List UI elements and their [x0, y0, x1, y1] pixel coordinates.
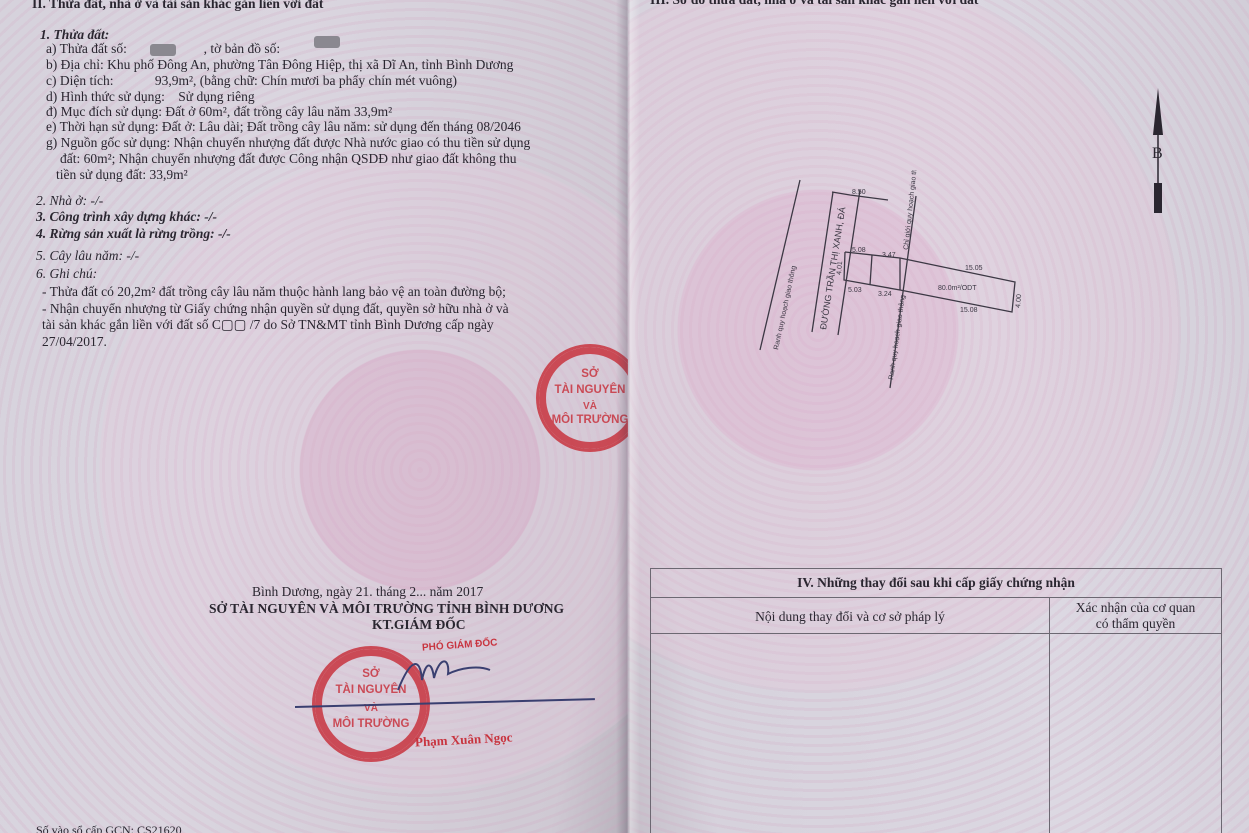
use-form-label: d) Hình thức sử dụng: [46, 89, 165, 104]
other-construction-item: 3. Công trình xây dựng khác: -/- [36, 209, 217, 225]
stamp-line: MÔI TRƯỜNG [539, 413, 628, 428]
use-form-line: d) Hình thức sử dụng: Sử dụng riêng [46, 89, 255, 105]
handwritten-signature [390, 650, 500, 700]
parcel-number-line: a) Thửa đất số: , tờ bản đồ số: [46, 41, 344, 57]
parcel-number-label: a) Thửa đất số: [46, 41, 127, 56]
area-line: c) Diện tích: 93,9m², (bằng chữ: Chín mư… [46, 73, 457, 89]
origin-line-2: đất: 60m²; Nhận chuyển nhượng đất được C… [60, 151, 516, 167]
signer-name: Phạm Xuân Ngọc [415, 729, 513, 750]
svg-text:3.24: 3.24 [878, 291, 892, 298]
svg-text:Chỉ giới quy hoạch giao thông: Chỉ giới quy hoạch giao thông [902, 170, 920, 250]
svg-text:15.05: 15.05 [965, 265, 983, 272]
note-line-4: 27/04/2017. [42, 334, 107, 350]
svg-text:15.08: 15.08 [960, 307, 978, 314]
certificate-left-page: II. Thửa đất, nhà ở và tài sản khác gắn … [0, 0, 628, 833]
parcel-sketch-diagram: ĐƯỜNG TRẦN THỊ XANH, ĐÁ Ranh quy hoạch g… [740, 170, 1030, 390]
production-forest-item: 4. Rừng sản xuất là rừng trồng: -/- [36, 226, 231, 242]
house-item: 2. Nhà ở: -/- [36, 193, 103, 209]
origin-line-3: tiền sử dụng đất: 33,9m² [56, 167, 188, 183]
notes-heading: 6. Ghi chú: [36, 266, 97, 282]
certificate-right-page: III. Sơ đồ thửa đất, nhà ở và tài sản kh… [628, 0, 1249, 833]
changes-table-title: IV. Những thay đổi sau khi cấp giấy chứn… [651, 569, 1221, 598]
redacted-map-sheet-number [314, 36, 340, 48]
address-line: b) Địa chỉ: Khu phố Đông An, phường Tân … [46, 57, 513, 73]
table-header-divider [651, 633, 1221, 634]
svg-text:4.01: 4.01 [836, 261, 844, 275]
issue-date-line: Bình Dương, ngày 21. tháng 2... năm 2017 [252, 584, 483, 600]
column-header-change-content: Nội dung thay đổi và cơ sở pháp lý [651, 609, 1049, 624]
svg-text:5.08: 5.08 [852, 247, 866, 254]
map-sheet-label: , tờ bản đồ số: [204, 41, 281, 56]
svg-text:8.50: 8.50 [852, 189, 866, 196]
stamp-line: MÔI TRƯỜNG [315, 717, 427, 732]
stamp-line: TÀI NGUYÊN [539, 383, 628, 398]
use-form-value: Sử dụng riêng [178, 89, 254, 104]
official-stamp-seal: SỞ TÀI NGUYÊN VÀ MÔI TRƯỜNG [536, 344, 628, 452]
page-fold-crease [616, 0, 640, 833]
note-line-2: - Nhận chuyển nhượng từ Giấy chứng nhận … [42, 301, 509, 317]
section-title-iii: III. Sơ đồ thửa đất, nhà ở và tài sản kh… [650, 0, 978, 8]
section-title-ii: II. Thửa đất, nhà ở và tài sản khác gắn … [32, 0, 323, 12]
stamp-line: VÀ [539, 399, 628, 414]
svg-text:Ranh quy hoạch giao thông: Ranh quy hoạch giao thông [888, 294, 907, 380]
svg-text:80.0m²/ODT: 80.0m²/ODT [938, 285, 977, 292]
registration-number: Số vào sổ cấp GCN: CS21620 [36, 822, 182, 833]
perennial-trees-item: 5. Cây lâu năm: -/- [36, 248, 139, 264]
column-header-confirmation-line2: có thẩm quyền [1050, 616, 1221, 631]
use-term-line: e) Thời hạn sử dụng: Đất ở: Lâu dài; Đất… [46, 119, 521, 135]
issuing-agency: SỞ TÀI NGUYÊN VÀ MÔI TRƯỜNG TỈNH BÌNH DƯ… [209, 601, 564, 617]
stamp-line: SỞ [539, 367, 628, 382]
svg-text:4.00: 4.00 [1015, 294, 1023, 308]
redacted-parcel-number [150, 44, 176, 56]
director-title: KT.GIÁM ĐỐC [372, 617, 466, 633]
svg-text:3.47: 3.47 [882, 252, 896, 259]
use-purpose-line: đ) Mục đích sử dụng: Đất ở 60m², đất trồ… [46, 104, 392, 120]
origin-line-1: g) Nguồn gốc sử dụng: Nhận chuyển nhượng… [46, 135, 530, 151]
column-header-confirmation-line1: Xác nhận của cơ quan [1050, 600, 1221, 615]
svg-text:5.03: 5.03 [848, 287, 862, 294]
note-line-1: - Thửa đất có 20,2m² đất trồng cây lâu n… [42, 284, 506, 300]
changes-table: IV. Những thay đổi sau khi cấp giấy chứn… [650, 568, 1222, 833]
area-label: c) Diện tích: [46, 73, 113, 88]
north-label: B [1152, 146, 1163, 162]
area-value: 93,9m², (bằng chữ: Chín mươi ba phẩy chí… [155, 73, 457, 88]
note-line-3: tài sản khác gắn liền với đất số C▢▢ /7 … [42, 317, 494, 333]
